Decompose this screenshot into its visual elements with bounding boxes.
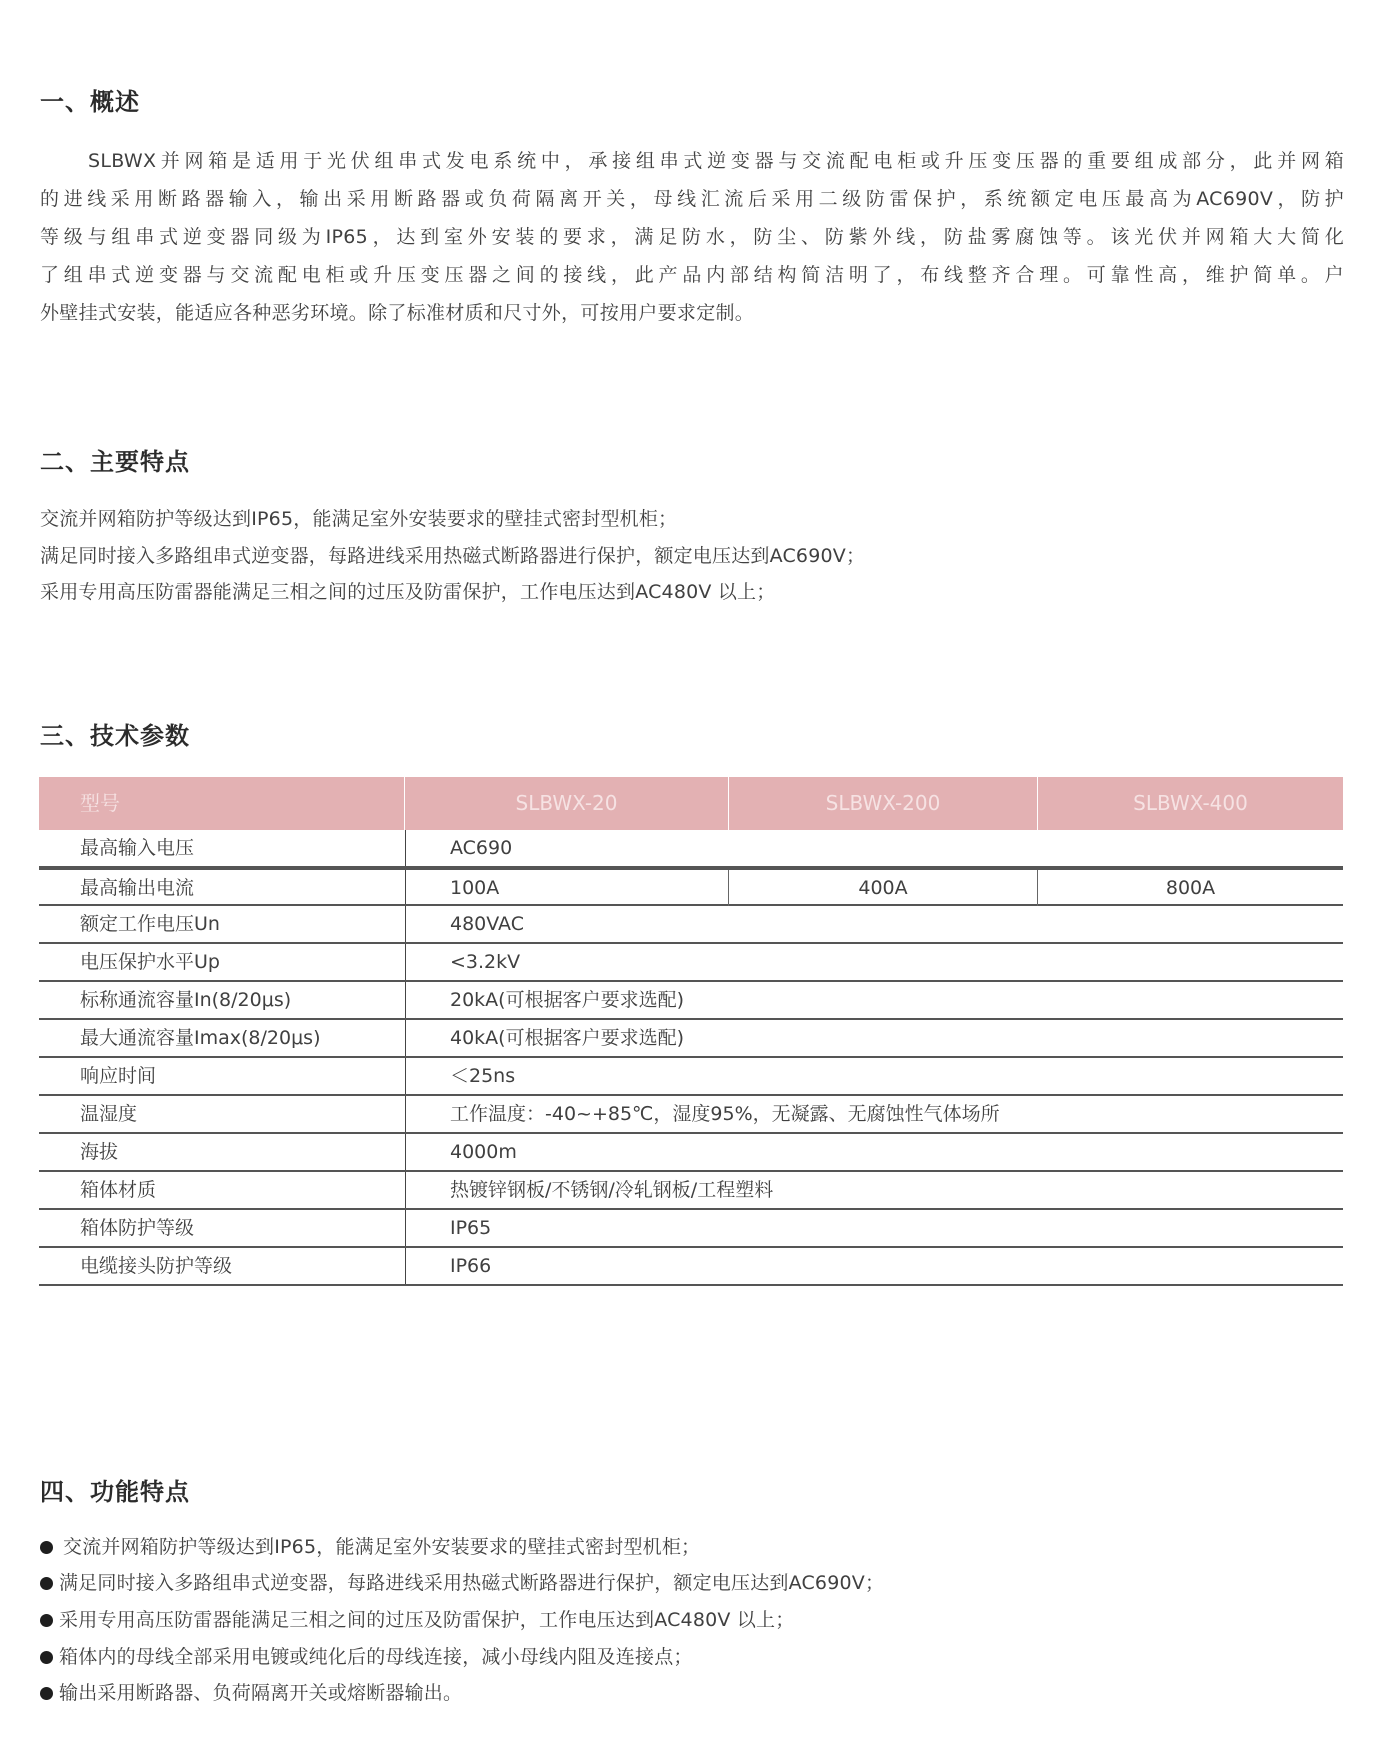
row-value: ＜25ns: [450, 1058, 515, 1094]
item-text: 满足同时接入多路组串式逆变器，每路进线采用热磁式断路器进行保护，额定电压达到AC…: [59, 1572, 884, 1594]
section-heading-tech-params: 三、技术参数: [40, 721, 190, 751]
row-value: <3.2kV: [450, 944, 520, 980]
bullet-icon: [40, 1687, 53, 1700]
paragraph-line: SLBWX并网箱是适用于光伏组串式发电系统中，承接组串式逆变器与交流配电柜或升压…: [88, 142, 1344, 180]
row-label: 箱体防护等级: [80, 1210, 194, 1246]
function-feature-item: 采用专用高压防雷器能满足三相之间的过压及防雷保护，工作电压达到AC480V 以上…: [40, 1602, 794, 1638]
bullet-icon: [40, 1651, 53, 1664]
section-heading-function-features: 四、功能特点: [40, 1477, 190, 1507]
paragraph-line: 外壁挂式安装，能适应各种恶劣环境。除了标准材质和尺寸外，可按用户要求定制。: [40, 294, 1344, 332]
table-row: 响应时间 ＜25ns: [39, 1058, 1343, 1096]
row-label: 电压保护水平Up: [80, 944, 220, 980]
row-value: 热镀锌钢板/不锈钢/冷轧钢板/工程塑料: [450, 1172, 773, 1208]
row-value: 20kA(可根据客户要求选配): [450, 982, 684, 1018]
row-value: 480VAC: [450, 906, 524, 942]
bullet-icon: [40, 1577, 53, 1590]
table-row: 电压保护水平Up <3.2kV: [39, 944, 1343, 982]
table-row: 海拔 4000m: [39, 1134, 1343, 1172]
item-text: 输出采用断路器、负荷隔离开关或熔断器输出。: [59, 1682, 462, 1704]
row-value-slbwx-400: 800A: [1038, 870, 1343, 906]
row-value-slbwx-20: 100A: [450, 870, 499, 906]
item-text: 箱体内的母线全部采用电镀或纯化后的母线连接，减小母线内阻及连接点；: [59, 1646, 693, 1668]
table-row: 箱体材质 热镀锌钢板/不锈钢/冷轧钢板/工程塑料: [39, 1172, 1343, 1210]
row-value: IP65: [450, 1210, 491, 1246]
row-label: 箱体材质: [80, 1172, 156, 1208]
header-slbwx-400: SLBWX-400: [1038, 777, 1343, 830]
row-label: 最高输入电压: [80, 830, 194, 866]
row-label: 最高输出电流: [80, 870, 194, 906]
item-text: 交流并网箱防护等级达到IP65，能满足室外安装要求的壁挂式密封型机柜；: [63, 1536, 700, 1558]
row-label: 海拔: [80, 1134, 118, 1170]
header-slbwx-20: SLBWX-20: [405, 777, 728, 830]
table-row: 电缆接头防护等级 IP66: [39, 1248, 1343, 1286]
section-heading-overview: 一、概述: [40, 87, 140, 117]
function-feature-item: 满足同时接入多路组串式逆变器，每路进线采用热磁式断路器进行保护，额定电压达到AC…: [40, 1565, 884, 1601]
function-feature-item: 输出采用断路器、负荷隔离开关或熔断器输出。: [40, 1675, 462, 1711]
row-value: 工作温度：-40~+85℃，湿度95%，无凝露、无腐蚀性气体场所: [450, 1096, 1000, 1132]
header-model: 型号: [39, 777, 404, 830]
feature-item: 交流并网箱防护等级达到IP65，能满足室外安装要求的壁挂式密封型机柜；: [40, 501, 677, 537]
section-heading-main-features: 二、主要特点: [40, 447, 190, 477]
row-value: IP66: [450, 1248, 491, 1284]
row-label: 电缆接头防护等级: [80, 1248, 232, 1284]
row-value-slbwx-200: 400A: [729, 870, 1037, 906]
bullet-icon: [40, 1614, 53, 1627]
row-label: 标称通流容量In(8/20μs): [80, 982, 291, 1018]
feature-item: 采用专用高压防雷器能满足三相之间的过压及防雷保护，工作电压达到AC480V 以上…: [40, 574, 775, 610]
paragraph-line: 的进线采用断路器输入，输出采用断路器或负荷隔离开关，母线汇流后采用二级防雷保护，…: [40, 180, 1344, 218]
table-row: 最高输出电流 100A 400A 800A: [39, 868, 1343, 906]
table-row: 额定工作电压Un 480VAC: [39, 906, 1343, 944]
row-value: 40kA(可根据客户要求选配): [450, 1020, 684, 1056]
row-label: 最大通流容量Imax(8/20μs): [80, 1020, 320, 1056]
paragraph-line: 等级与组串式逆变器同级为IP65，达到室外安装的要求，满足防水，防尘、防紫外线，…: [40, 218, 1344, 256]
table-row: 最高输入电压 AC690: [39, 830, 1343, 868]
feature-item: 满足同时接入多路组串式逆变器，每路进线采用热磁式断路器进行保护，额定电压达到AC…: [40, 538, 865, 574]
row-label: 响应时间: [80, 1058, 156, 1094]
bullet-icon: [40, 1541, 53, 1554]
function-feature-item: 箱体内的母线全部采用电镀或纯化后的母线连接，减小母线内阻及连接点；: [40, 1639, 693, 1675]
table-row: 标称通流容量In(8/20μs) 20kA(可根据客户要求选配): [39, 982, 1343, 1020]
paragraph-line: 了组串式逆变器与交流配电柜或升压变压器之间的接线，此产品内部结构简洁明了，布线整…: [40, 256, 1344, 294]
table-header: 型号 SLBWX-20 SLBWX-200 SLBWX-400: [39, 777, 1343, 830]
table-row: 温湿度 工作温度：-40~+85℃，湿度95%，无凝露、无腐蚀性气体场所: [39, 1096, 1343, 1134]
header-slbwx-200: SLBWX-200: [729, 777, 1037, 830]
table-row: 箱体防护等级 IP65: [39, 1210, 1343, 1248]
row-label: 温湿度: [80, 1096, 137, 1132]
item-text: 采用专用高压防雷器能满足三相之间的过压及防雷保护，工作电压达到AC480V 以上…: [59, 1609, 794, 1631]
row-value: AC690: [450, 830, 512, 866]
row-value: 4000m: [450, 1134, 517, 1170]
row-label: 额定工作电压Un: [80, 906, 220, 942]
table-row: 最大通流容量Imax(8/20μs) 40kA(可根据客户要求选配): [39, 1020, 1343, 1058]
function-feature-item: 交流并网箱防护等级达到IP65，能满足室外安装要求的壁挂式密封型机柜；: [40, 1529, 700, 1565]
